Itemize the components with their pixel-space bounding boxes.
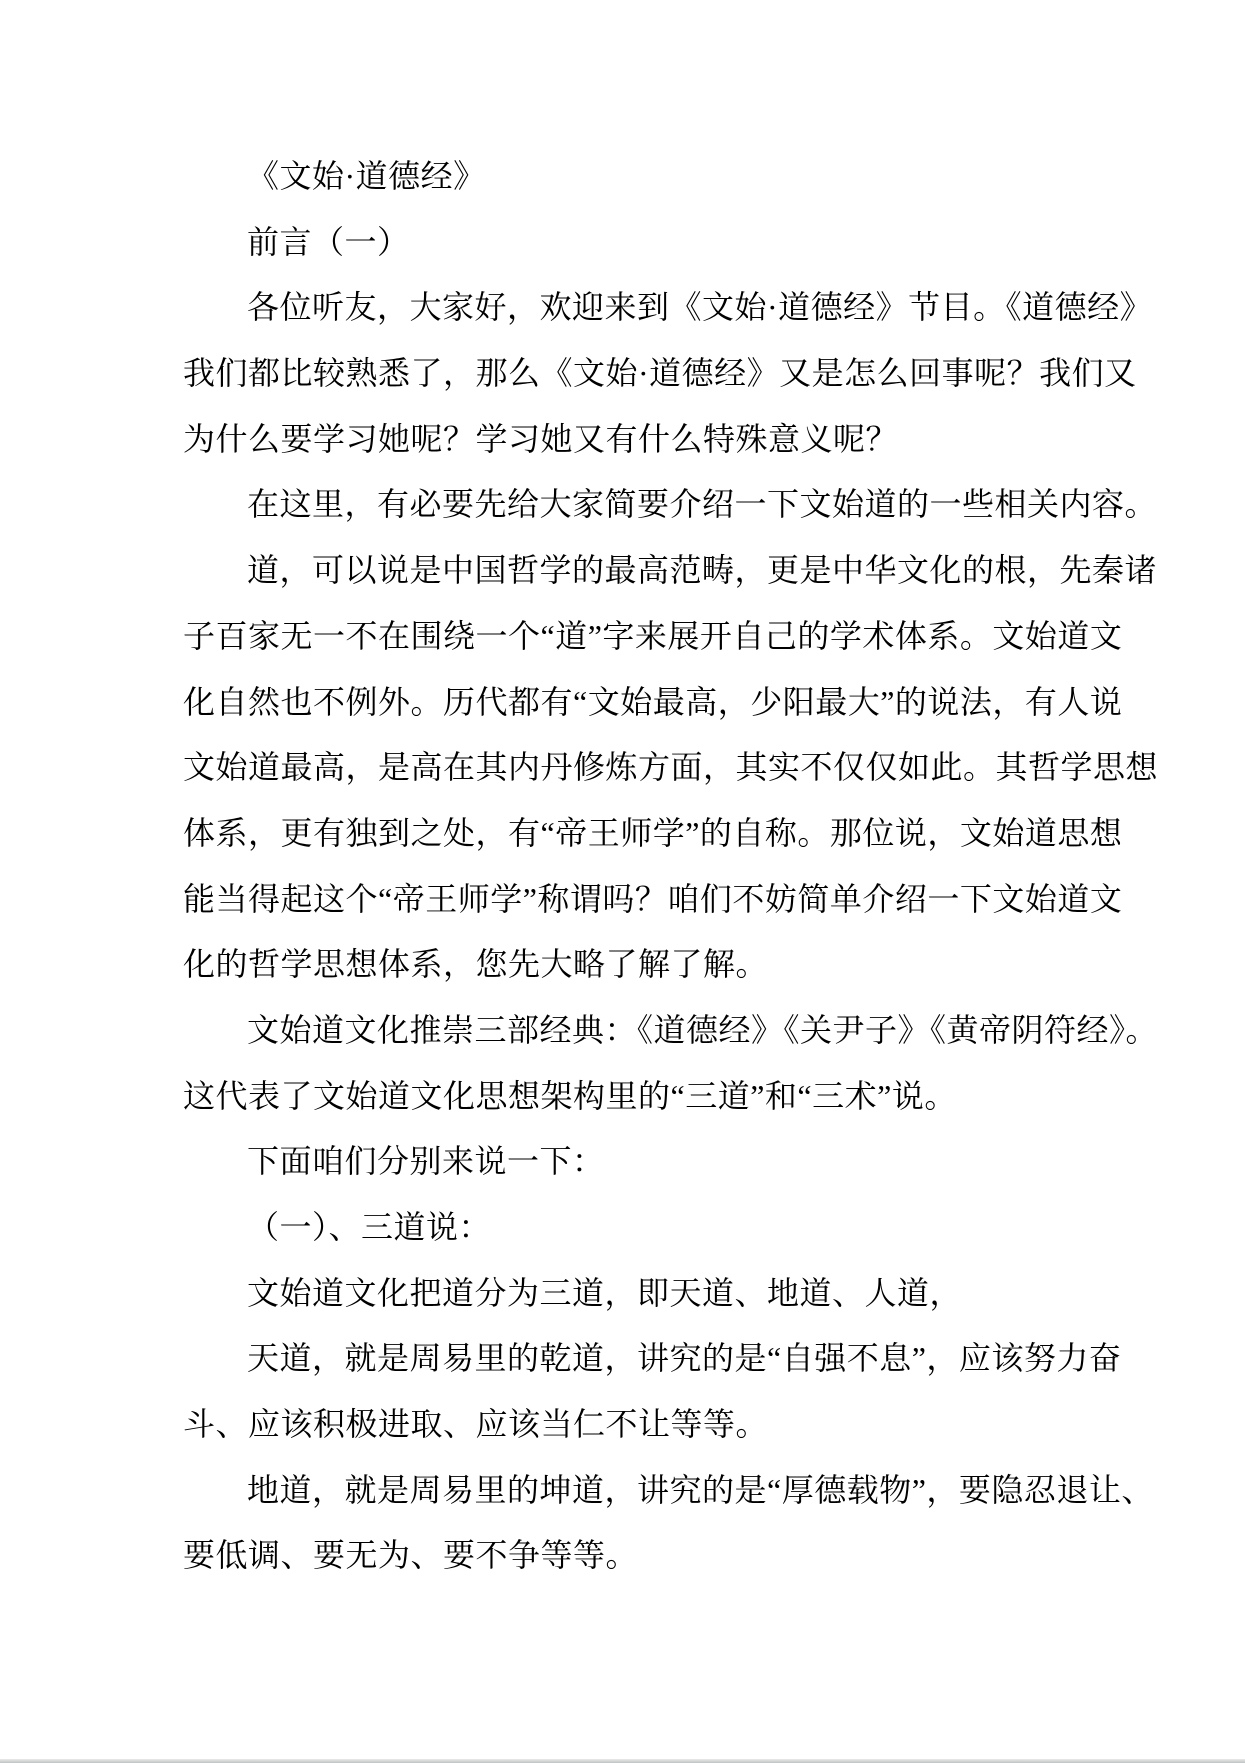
text-line: 道，可以说是中国哲学的最高范畴，更是中华文化的根，先秦诸 xyxy=(183,538,1158,604)
preface-heading: 前言（一） xyxy=(183,210,1158,276)
text-line: 斗、应该积极进取、应该当仁不让等等。 xyxy=(183,1392,1158,1458)
text-line: 能当得起这个“帝王师学”称谓吗？咱们不妨简单介绍一下文始道文 xyxy=(183,867,1158,933)
text-line: 各位听友，大家好，欢迎来到《文始·道德经》节目。《道德经》 xyxy=(183,275,1158,341)
text-line: 我们都比较熟悉了，那么《文始·道德经》又是怎么回事呢？我们又 xyxy=(183,341,1158,407)
doc-title: 《文始·道德经》 xyxy=(183,144,1158,210)
text-line: 文始道文化推崇三部经典：《道德经》《关尹子》《黄帝阴符经》。 xyxy=(183,998,1158,1064)
text-line: 体系，更有独到之处，有“帝王师学”的自称。那位说，文始道思想 xyxy=(183,801,1158,867)
text-block: 《文始·道德经》前言（一）各位听友，大家好，欢迎来到《文始·道德经》节目。《道德… xyxy=(183,144,1158,1589)
text-line: 下面咱们分别来说一下： xyxy=(183,1129,1158,1195)
document-page: 《文始·道德经》前言（一）各位听友，大家好，欢迎来到《文始·道德经》节目。《道德… xyxy=(0,0,1245,1763)
text-line: 在这里，有必要先给大家简要介绍一下文始道的一些相关内容。 xyxy=(183,472,1158,538)
text-line: 要低调、要无为、要不争等等。 xyxy=(183,1523,1158,1589)
text-line: 天道，就是周易里的乾道，讲究的是“自强不息”，应该努力奋 xyxy=(183,1326,1158,1392)
section-one-heading: （一）、三道说： xyxy=(183,1195,1158,1261)
page-bottom-edge xyxy=(0,1759,1245,1763)
text-line: 子百家无一不在围绕一个“道”字来展开自己的学术体系。文始道文 xyxy=(183,604,1158,670)
text-line: 化的哲学思想体系，您先大略了解了解。 xyxy=(183,932,1158,998)
text-line: 这代表了文始道文化思想架构里的“三道”和“三术”说。 xyxy=(183,1064,1158,1130)
text-line: 文始道文化把道分为三道，即天道、地道、人道， xyxy=(183,1261,1158,1327)
text-line: 为什么要学习她呢？学习她又有什么特殊意义呢？ xyxy=(183,407,1158,473)
text-line: 化自然也不例外。历代都有“文始最高，少阳最大”的说法，有人说 xyxy=(183,670,1158,736)
text-line: 地道，就是周易里的坤道，讲究的是“厚德载物”，要隐忍退让、 xyxy=(183,1458,1158,1524)
text-line: 文始道最高，是高在其内丹修炼方面，其实不仅仅如此。其哲学思想 xyxy=(183,735,1158,801)
